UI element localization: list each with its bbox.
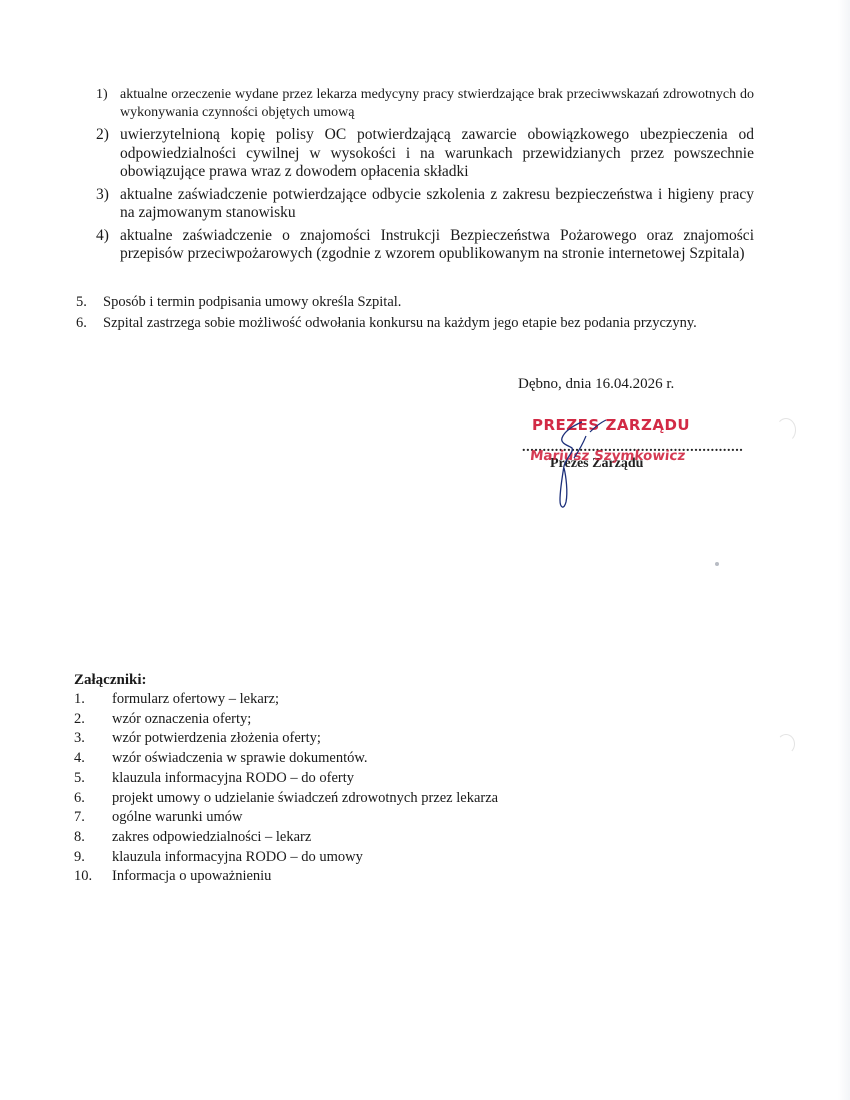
item-text: aktualne zaświadczenie o znajomości Inst… xyxy=(120,227,754,264)
attachment-number: 9. xyxy=(74,848,85,868)
scan-edge-shading xyxy=(838,0,850,1100)
attachments-list: 1.formularz ofertowy – lekarz; 2.wzór oz… xyxy=(74,690,574,887)
required-document-item: 1) aktualne orzeczenie wydane przez leka… xyxy=(96,86,754,122)
attachment-item: 8.zakres odpowiedzialności – lekarz xyxy=(74,828,574,848)
point-number: 5. xyxy=(76,292,87,313)
attachment-item: 1.formularz ofertowy – lekarz; xyxy=(74,690,574,710)
main-point-item: 6. Szpital zastrzega sobie możliwość odw… xyxy=(76,313,776,334)
attachment-item: 5.klauzula informacyjna RODO – do oferty xyxy=(74,769,574,789)
attachment-number: 4. xyxy=(74,749,85,769)
item-text: aktualne zaświadczenie potwierdzające od… xyxy=(120,186,754,223)
item-text: uwierzytelnioną kopię polisy OC potwierd… xyxy=(120,126,754,182)
stamp-name: Mariusz Szymkowicz xyxy=(529,448,686,464)
attachment-text: klauzula informacyjna RODO – do oferty xyxy=(112,770,354,786)
point-text: Sposób i termin podpisania umowy określa… xyxy=(103,294,401,310)
attachment-number: 6. xyxy=(74,789,85,809)
attachment-item: 3.wzór potwierdzenia złożenia oferty; xyxy=(74,729,574,749)
scan-artifact-dot xyxy=(715,562,719,566)
stamp-title: PREZES ZARZĄDU xyxy=(532,416,690,434)
attachments-section: Załączniki: 1.formularz ofertowy – lekar… xyxy=(74,670,574,887)
required-documents-list: 1) aktualne orzeczenie wydane przez leka… xyxy=(96,86,754,268)
attachment-item: 10.Informacja o upoważnieniu xyxy=(74,867,574,887)
attachment-number: 7. xyxy=(74,808,85,828)
main-points-list: 5. Sposób i termin podpisania umowy okre… xyxy=(76,292,776,334)
signature-block: PREZES ZARZĄDU .........................… xyxy=(520,412,740,522)
attachment-text: ogólne warunki umów xyxy=(112,809,242,825)
attachment-text: zakres odpowiedzialności – lekarz xyxy=(112,829,311,845)
attachment-item: 7.ogólne warunki umów xyxy=(74,808,574,828)
required-document-item: 4) aktualne zaświadczenie o znajomości I… xyxy=(96,227,754,264)
attachment-number: 2. xyxy=(74,710,85,730)
attachment-text: wzór oświadczenia w sprawie dokumentów. xyxy=(112,750,368,766)
place-and-date: Dębno, dnia 16.04.2026 r. xyxy=(518,376,674,393)
scanned-document-page: 1) aktualne orzeczenie wydane przez leka… xyxy=(0,0,850,1100)
item-text: aktualne orzeczenie wydane przez lekarza… xyxy=(120,86,754,122)
attachment-text: wzór oznaczenia oferty; xyxy=(112,711,251,727)
attachment-item: 6.projekt umowy o udzielanie świadczeń z… xyxy=(74,789,574,809)
attachment-text: Informacja o upoważnieniu xyxy=(112,868,271,884)
attachment-item: 2.wzór oznaczenia oferty; xyxy=(74,710,574,730)
attachment-text: wzór potwierdzenia złożenia oferty; xyxy=(112,730,321,746)
item-number: 2) xyxy=(96,126,109,145)
required-document-item: 2) uwierzytelnioną kopię polisy OC potwi… xyxy=(96,126,754,182)
attachment-number: 10. xyxy=(74,867,92,887)
attachment-number: 8. xyxy=(74,828,85,848)
attachments-title: Załączniki: xyxy=(74,670,574,690)
attachment-item: 9.klauzula informacyjna RODO – do umowy xyxy=(74,848,574,868)
item-number: 4) xyxy=(96,227,109,246)
scan-artifact-ring xyxy=(777,734,795,754)
point-number: 6. xyxy=(76,313,87,334)
attachment-item: 4.wzór oświadczenia w sprawie dokumentów… xyxy=(74,749,574,769)
point-text: Szpital zastrzega sobie możliwość odwoła… xyxy=(103,315,697,331)
attachment-number: 3. xyxy=(74,729,85,749)
main-point-item: 5. Sposób i termin podpisania umowy okre… xyxy=(76,292,776,313)
attachment-number: 1. xyxy=(74,690,85,710)
attachment-text: projekt umowy o udzielanie świadczeń zdr… xyxy=(112,790,498,806)
required-document-item: 3) aktualne zaświadczenie potwierdzające… xyxy=(96,186,754,223)
attachment-text: klauzula informacyjna RODO – do umowy xyxy=(112,849,363,865)
item-number: 3) xyxy=(96,186,109,205)
attachment-text: formularz ofertowy – lekarz; xyxy=(112,691,279,707)
item-number: 1) xyxy=(96,86,108,104)
attachment-number: 5. xyxy=(74,769,85,789)
scan-artifact-ring xyxy=(776,418,796,442)
